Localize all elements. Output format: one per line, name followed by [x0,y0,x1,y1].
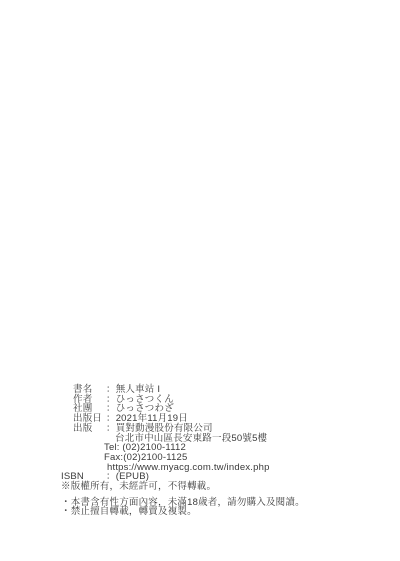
colophon-block: 書名 ： 無人車站 I 作者 ： ひっさつくん 社團 ： ひっさつわざ 出版日 … [61,385,391,517]
colophon-page: 書名 ： 無人車站 I 作者 ： ひっさつくん 社團 ： ひっさつわざ 出版日 … [0,0,400,561]
copyright-note: ※版權所有，未經許可，不得轉載。 [61,482,391,492]
warnings-block: ・本書含有性方面內容，未滿18歲者，請勿購入及閱讀。 ・禁止擅自轉載，轉賣及複製… [61,498,391,517]
field-label-publisher: 出版 [73,424,106,434]
warning-no-redistribution: ・禁止擅自轉載，轉賣及複製。 [61,507,391,517]
